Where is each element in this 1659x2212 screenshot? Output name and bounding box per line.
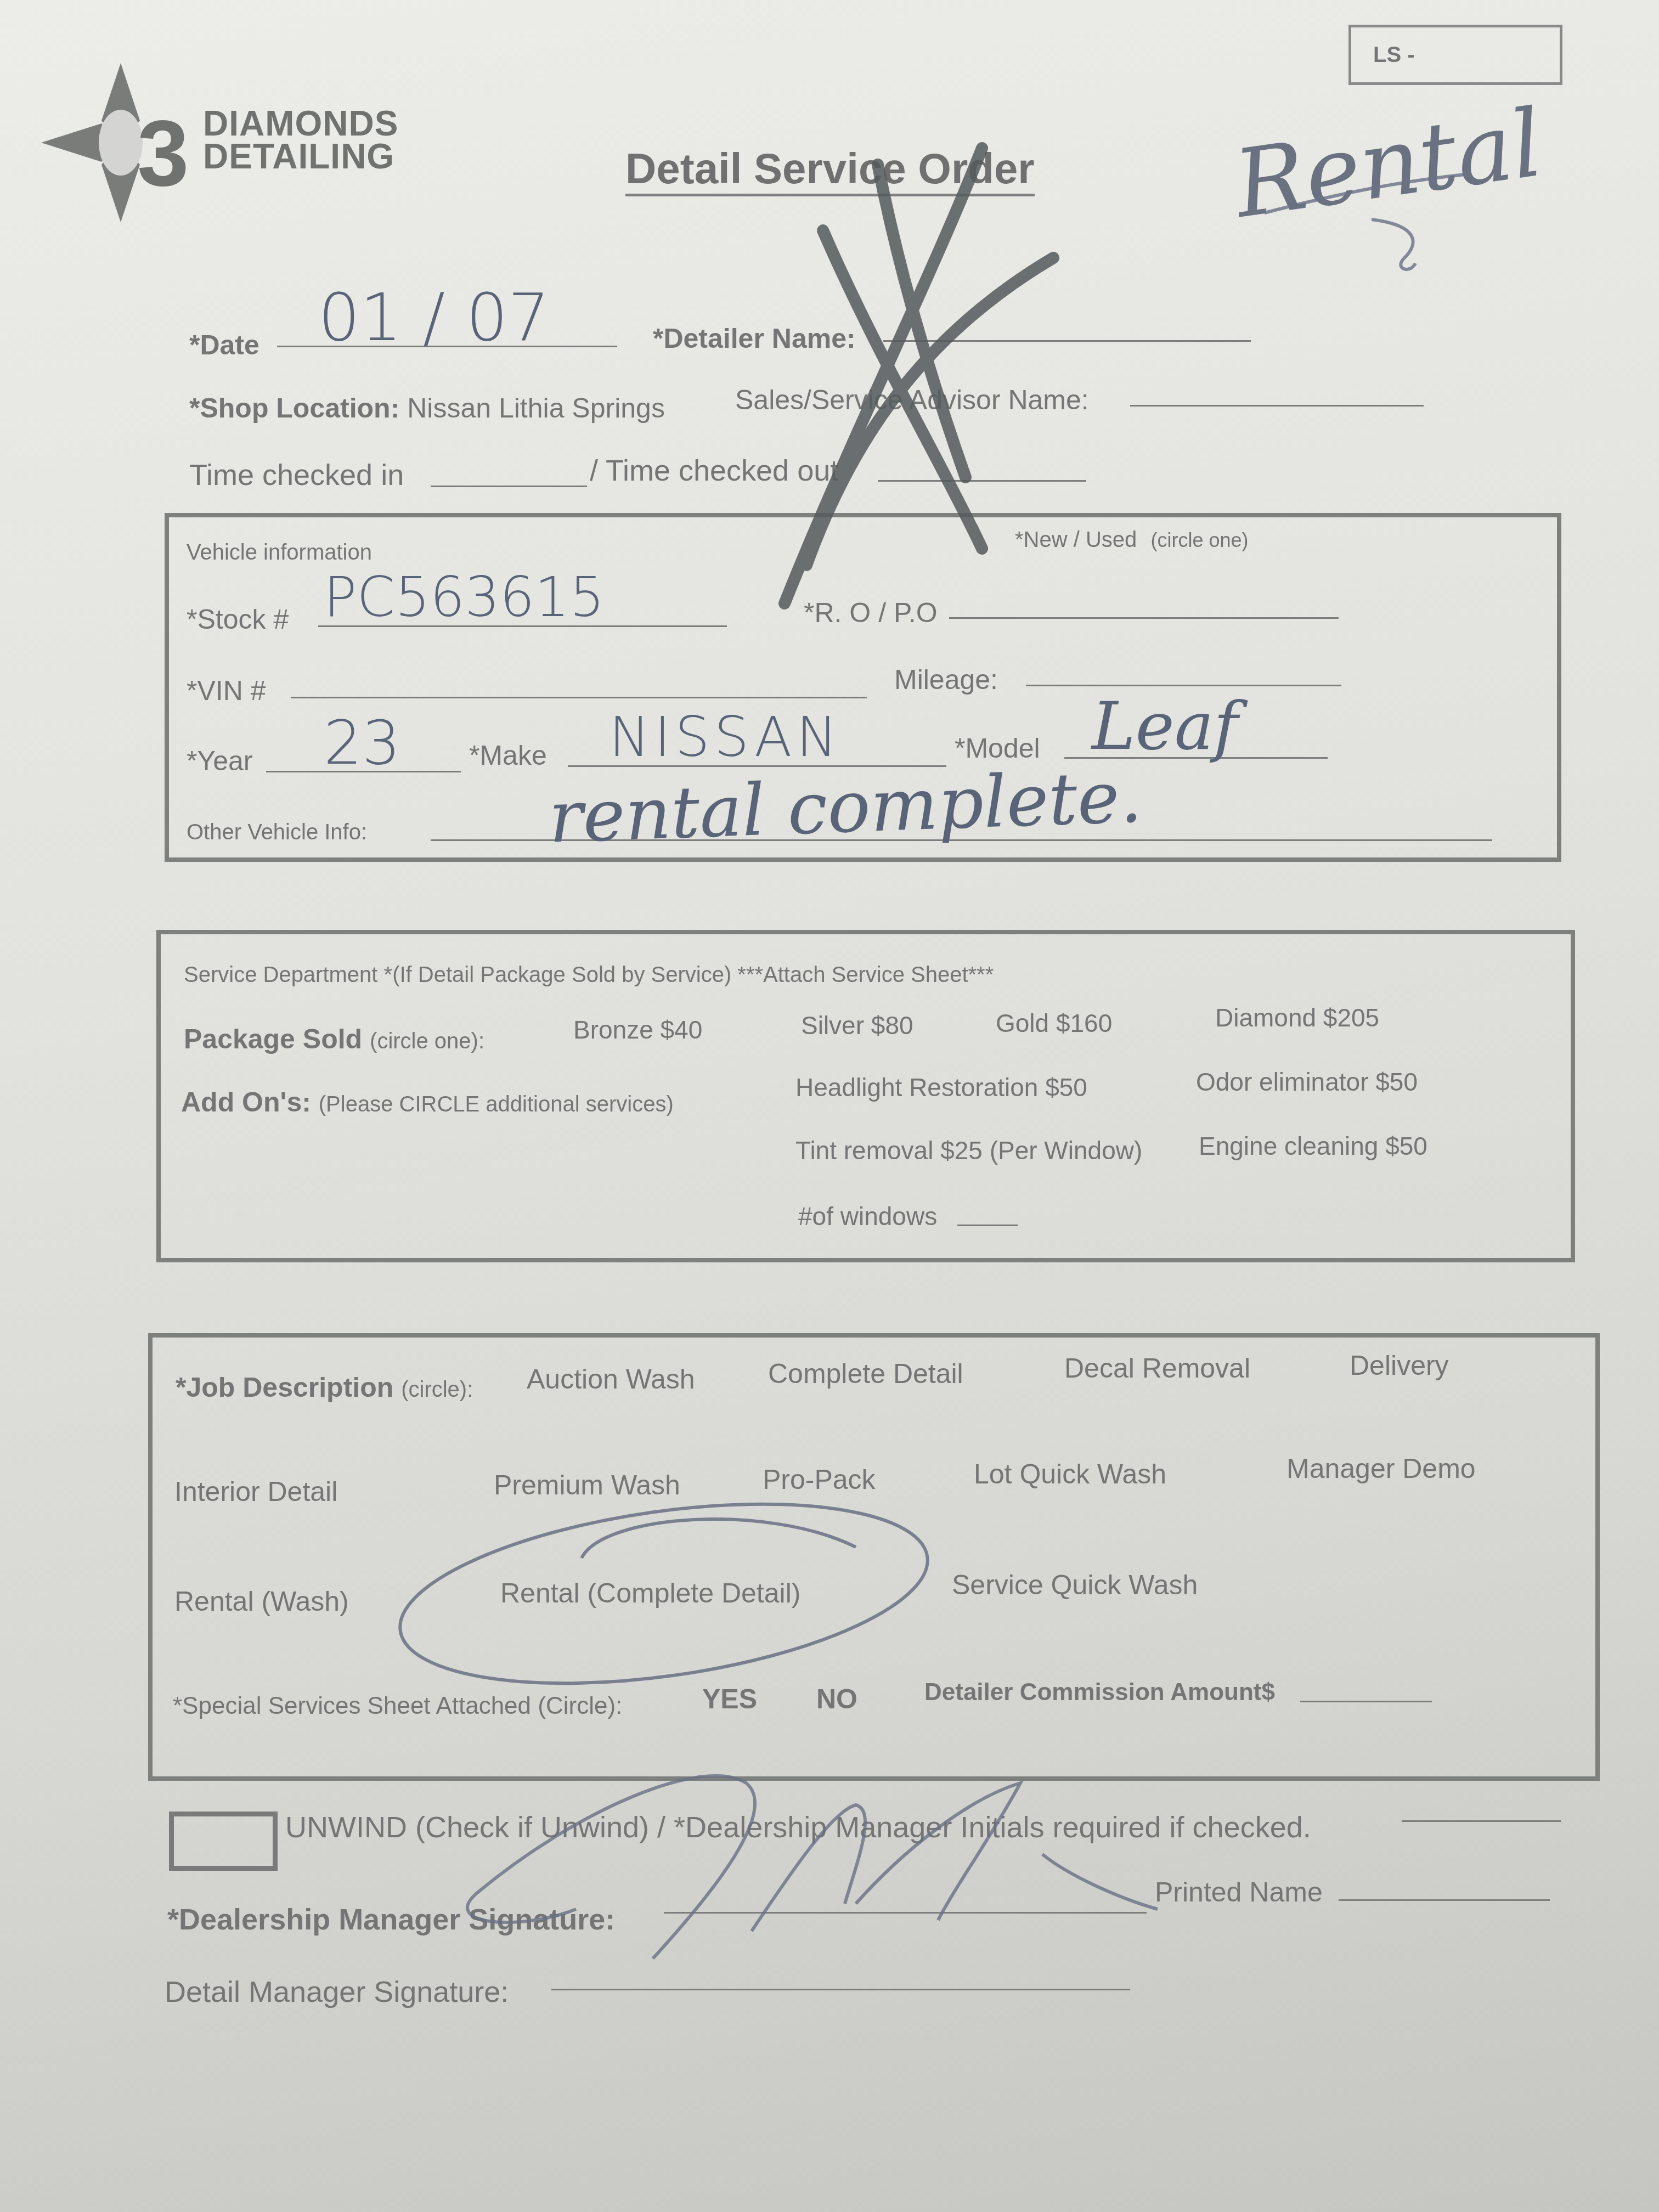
special-services-label: *Special Services Sheet Attached (Circle… [173,1692,622,1720]
job-service-quick-wash[interactable]: Service Quick Wash [952,1569,1198,1601]
job-interior-detail[interactable]: Interior Detail [174,1476,337,1508]
logo-numeral: 3 [137,107,190,200]
advisor-label: Sales/Service Advisor Name: [735,384,1089,416]
new-used-hint: (circle one) [1150,529,1248,551]
manager-initials-field[interactable] [1402,1820,1561,1822]
handwritten-rental-note: Rental [1228,89,1549,239]
shop-location-value: Nissan Lithia Springs [407,393,665,424]
special-yes-option[interactable]: YES [702,1683,757,1715]
new-used-row[interactable]: *New / Used (circle one) [1015,528,1249,552]
time-in-label: Time checked in [189,458,404,492]
time-in-field[interactable] [431,486,587,487]
job-label: *Job Description [176,1372,393,1403]
ro-po-label: *R. O / P.O [804,597,938,629]
logo-line2: DETAILING [203,140,394,173]
year-label: *Year [187,745,252,777]
mileage-field[interactable] [1026,685,1341,686]
printed-name-label: Printed Name [1155,1876,1323,1908]
package-label: Package Sold [184,1024,362,1054]
addons-label: Add On's: [181,1087,311,1118]
commission-field[interactable] [1300,1701,1432,1702]
shop-location-label: *Shop Location: [189,393,399,424]
mileage-label: Mileage: [894,664,998,696]
page-title: Detail Service Order [625,144,1035,196]
logo-line1: DIAMONDS [203,107,398,140]
package-diamond[interactable]: Diamond $205 [1215,1003,1379,1032]
windows-label: #of windows [798,1201,937,1231]
new-used-label: *New / Used [1015,528,1137,552]
addons-hint: (Please CIRCLE additional services) [319,1092,674,1116]
job-row-label: *Job Description (circle): [176,1372,473,1403]
package-silver[interactable]: Silver $80 [801,1011,913,1040]
ro-po-field[interactable] [949,617,1339,619]
commission-label: Detailer Commission Amount$ [924,1679,1275,1706]
year-value: 23 [324,708,400,778]
shop-location-row: *Shop Location: Nissan Lithia Springs [189,392,665,424]
addon-engine[interactable]: Engine cleaning $50 [1199,1131,1427,1161]
service-section-label: Service Department *(If Detail Package S… [184,963,994,988]
addons-row-label: Add On's: (Please CIRCLE additional serv… [181,1086,674,1118]
job-rental-wash[interactable]: Rental (Wash) [174,1585,349,1617]
detail-manager-signature-label: Detail Manager Signature: [165,1975,509,2009]
time-out-label: / Time checked out [590,454,838,488]
vin-label: *VIN # [187,675,266,707]
job-pro-pack[interactable]: Pro-Pack [763,1464,876,1496]
job-complete-detail[interactable]: Complete Detail [768,1358,963,1390]
time-out-field[interactable] [878,480,1086,482]
special-no-option[interactable]: NO [816,1683,857,1715]
model-value: Leaf [1092,689,1238,765]
job-hint: (circle): [401,1378,473,1402]
dealership-signature-label: *Dealership Manager Signature: [167,1903,615,1937]
job-decal-removal[interactable]: Decal Removal [1064,1352,1250,1384]
job-premium-wash[interactable]: Premium Wash [494,1469,680,1501]
make-value: NISSAN [609,705,842,769]
job-manager-demo[interactable]: Manager Demo [1286,1453,1476,1485]
ls-box[interactable]: LS - [1348,25,1562,85]
unwind-checkbox[interactable] [169,1812,278,1871]
windows-field[interactable] [957,1224,1018,1226]
package-bronze[interactable]: Bronze $40 [573,1015,702,1045]
detailer-name-label: *Detailer Name: [653,323,856,354]
ls-label: LS - [1373,43,1415,67]
date-label: *Date [189,329,259,361]
paper-form: 3 DIAMONDS DETAILING Detail Service Orde… [0,0,1659,2212]
printed-name-field[interactable] [1339,1899,1550,1901]
other-info-label: Other Vehicle Info: [187,820,367,845]
vehicle-section-label: Vehicle information [187,540,372,565]
job-lot-quick-wash[interactable]: Lot Quick Wash [974,1458,1166,1490]
stock-value: PC563615 [324,565,605,629]
advisor-field[interactable] [1130,405,1424,407]
unwind-label: UNWIND (Check if Unwind) / *Dealership M… [285,1810,1311,1844]
job-auction-wash[interactable]: Auction Wash [527,1363,695,1395]
package-gold[interactable]: Gold $160 [996,1008,1112,1038]
detailer-name-field[interactable] [883,340,1251,342]
job-rental-complete-detail[interactable]: Rental (Complete Detail) [500,1577,800,1609]
package-row-label: Package Sold (circle one): [184,1023,484,1055]
date-value: 01 / 07 [318,280,550,356]
stock-label: *Stock # [187,603,289,635]
addon-tint[interactable]: Tint removal $25 (Per Window) [795,1136,1142,1165]
detail-manager-signature-field[interactable] [551,1989,1130,1990]
addon-odor[interactable]: Odor eliminator $50 [1196,1067,1418,1097]
make-label: *Make [469,740,547,771]
addon-headlight[interactable]: Headlight Restoration $50 [795,1073,1087,1102]
package-hint: (circle one): [370,1029,484,1053]
vin-field[interactable] [291,697,867,698]
job-delivery[interactable]: Delivery [1350,1350,1449,1381]
dealership-signature-field[interactable] [664,1912,1147,1914]
